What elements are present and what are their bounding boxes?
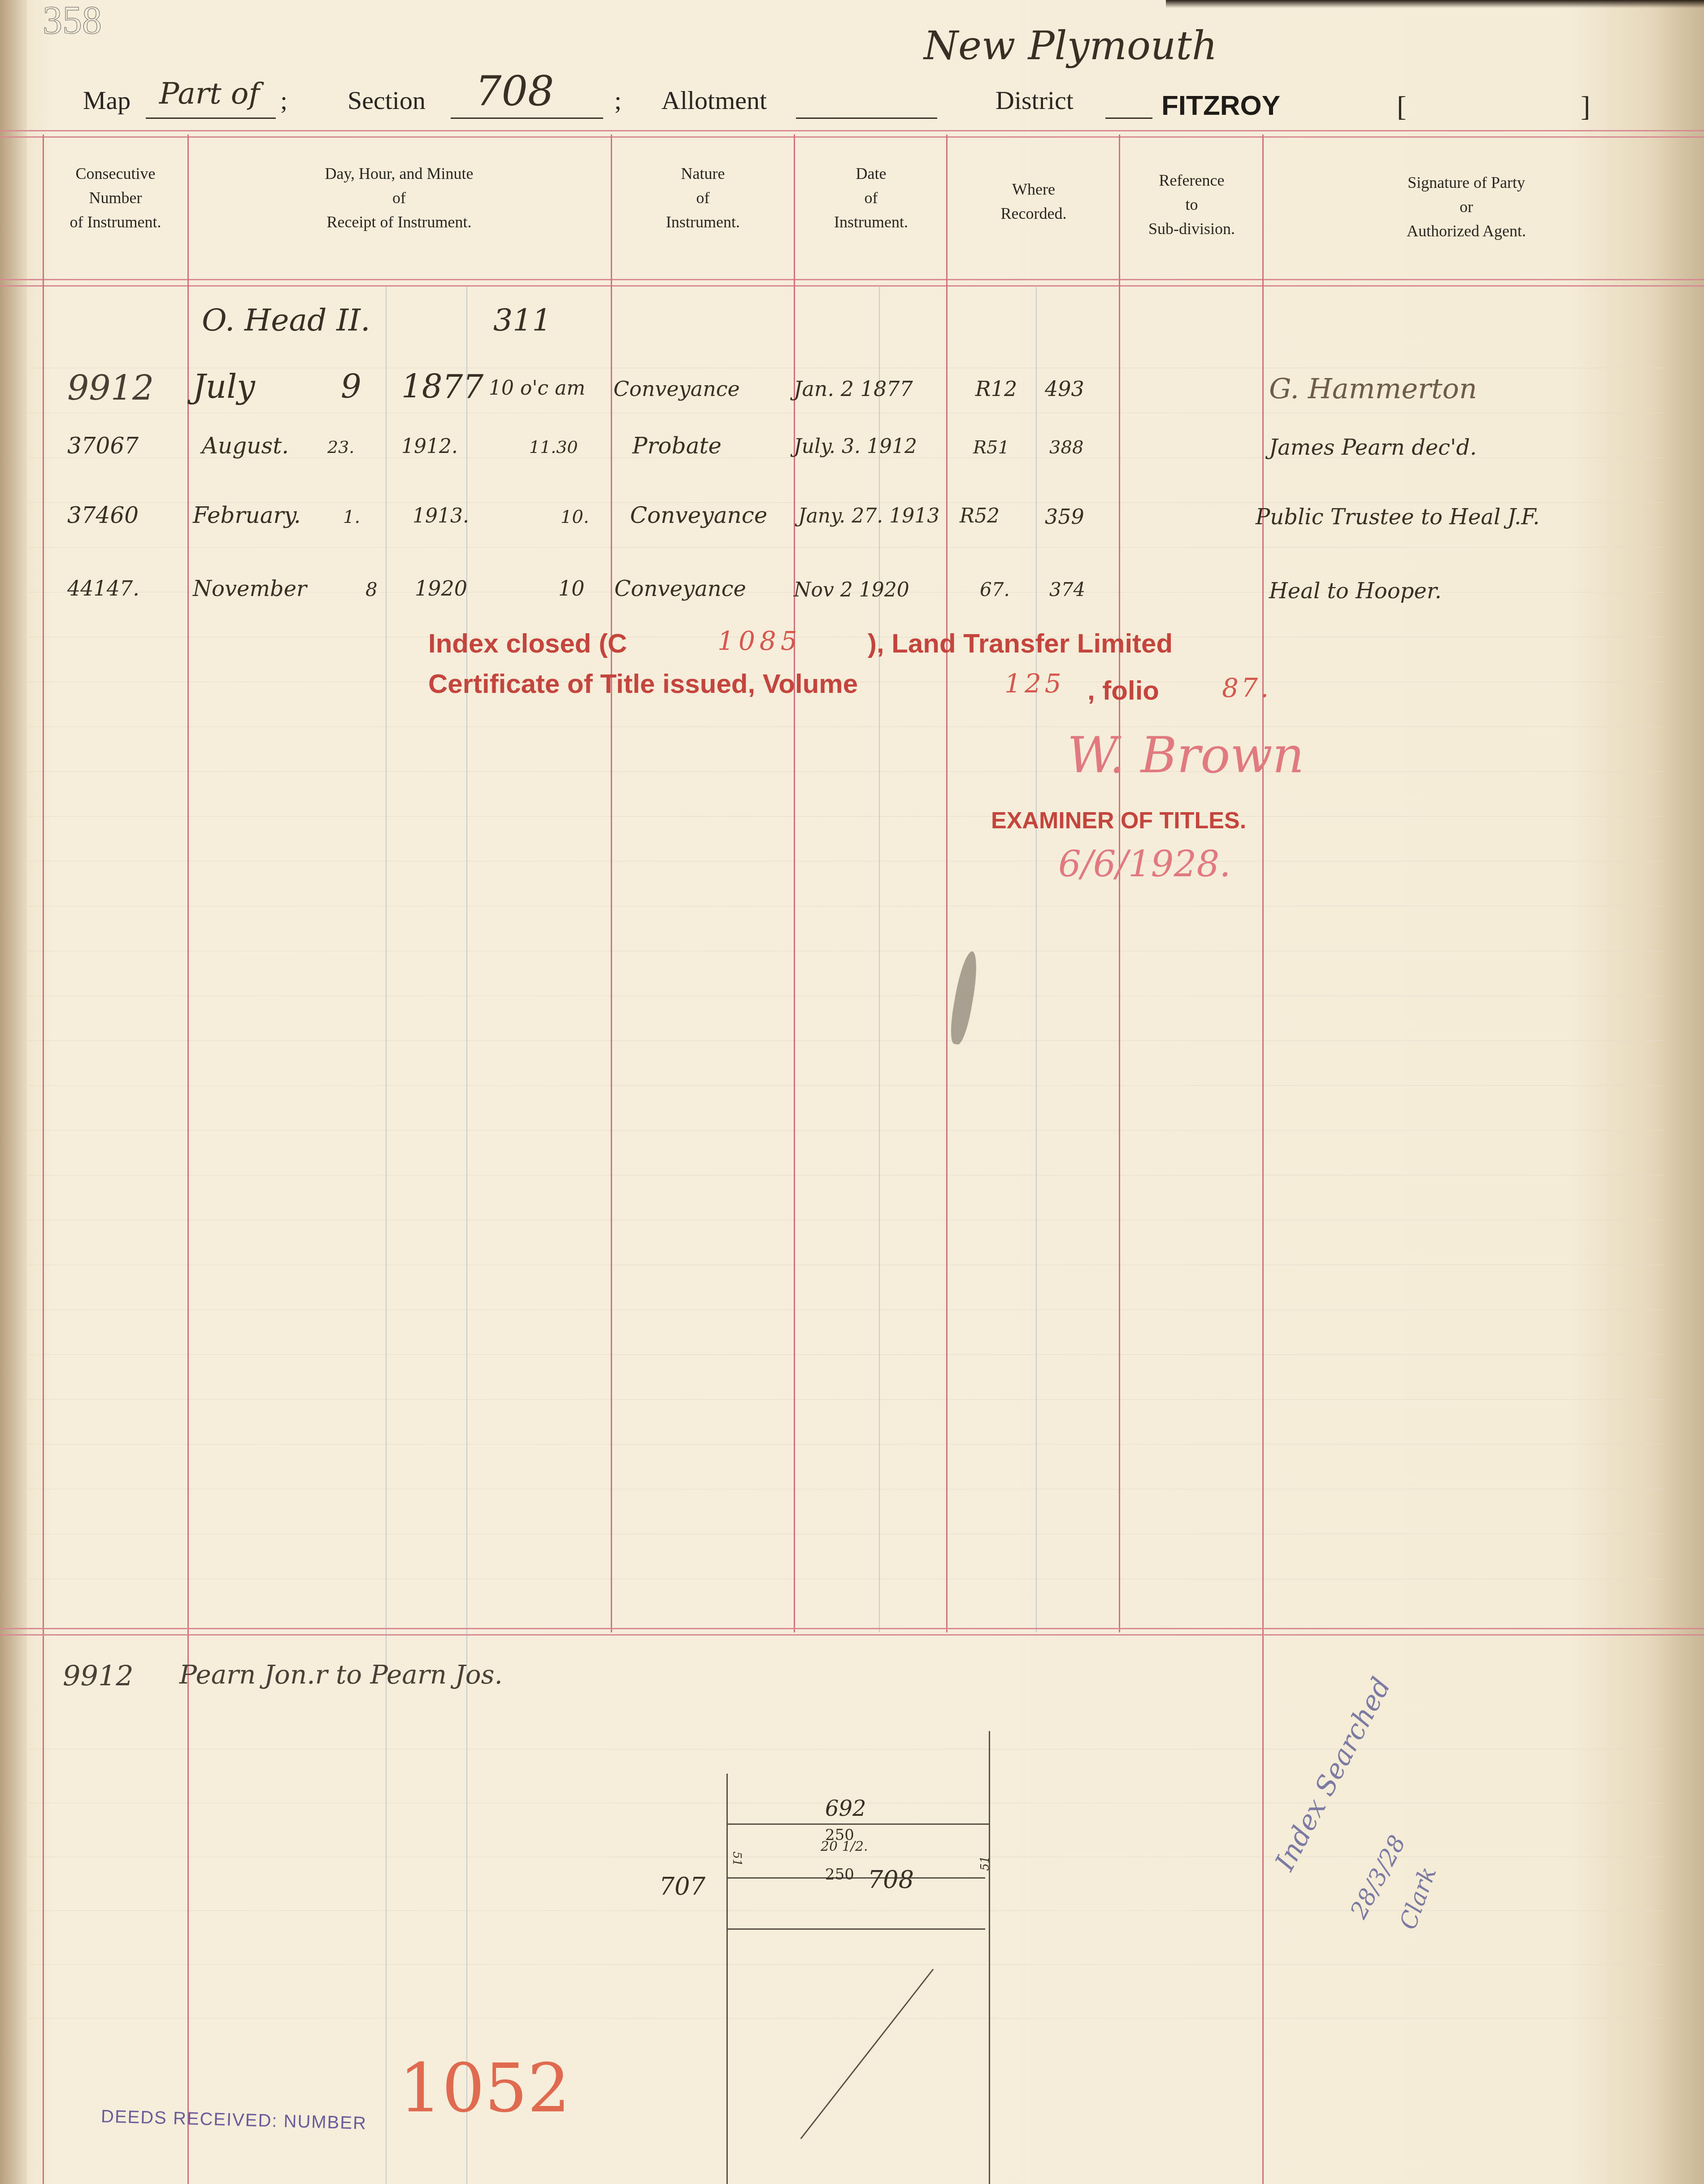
receipt-time: 10 [558,576,585,600]
instrument-number: 37067 [67,433,139,459]
page-edge-shadow [1166,0,1704,8]
map-separator: ; [280,85,287,115]
map-value: Part of [159,76,260,111]
old-reference-note: O. Head II. [202,303,370,338]
recorded-folio: 388 [1049,437,1083,458]
instrument-date: Jany. 27. 1913 [798,505,939,527]
column-header-reference: Reference to Sub-division. [1121,168,1262,241]
receipt-month: November [193,576,307,601]
receipt-month: February. [193,502,301,528]
section-label: Section [348,85,426,115]
allotment-field [796,117,937,119]
instrument-nature: Conveyance [614,576,746,601]
column-header-signature: Signature of Party or Authorized Agent. [1265,170,1668,243]
transfer-entry-text: Pearn Jon.r to Pearn Jos. [179,1659,503,1690]
party-signature: James Pearn dec'd. [1269,435,1477,460]
locality-name: New Plymouth [924,22,1217,69]
receipt-day: 8 [365,579,378,600]
receipt-month: August. [202,433,289,459]
plan-lot-label: 708 [868,1866,914,1894]
column-header-consecutive-number: Consecutive Number of Instrument. [45,161,186,234]
index-searched-initials: Clark [1395,1863,1442,1933]
plan-west-label: 707 [659,1872,705,1901]
receipt-time: 10. [561,507,589,527]
receipt-day: 1. [343,507,360,527]
map-label: Map [83,85,130,115]
plan-area: 20 1/2. [821,1839,868,1854]
section-separator: ; [614,85,622,115]
deeds-received-stamp: DEEDS RECEIVED: NUMBER [101,2106,367,2134]
district-value: FITZROY [1161,90,1280,122]
receipt-year: 1877 [401,368,483,405]
receipt-year: 1920 [415,576,467,600]
recorded-folio: 359 [1045,505,1084,529]
volume-number: 125 [1004,668,1065,699]
instrument-date: Jan. 2 1877 [794,377,913,401]
recorded-folio: 493 [1045,377,1084,401]
plan-north-label: 692 [825,1796,866,1821]
examiner-signature: W. Brown [1067,727,1304,784]
recorded-volume: 67. [980,579,1010,600]
recorded-folio: 374 [1049,579,1085,600]
party-signature: Public Trustee to Heal J.F. [1256,505,1539,530]
deeds-number: 1052 [399,2049,570,2127]
instrument-number: 44147. [67,576,139,600]
transfer-entry-number: 9912 [63,1659,134,1692]
instrument-number: 9912 [67,368,154,408]
receipt-time: 10 o'c am [489,377,585,400]
index-searched-note: Index Searched [1269,1672,1397,1876]
column-header-nature: Nature of Instrument. [612,161,794,234]
instrument-date: July. 3. 1912 [794,435,917,458]
examiner-title: EXAMINER OF TITLES. [991,807,1246,834]
receipt-day: 9 [341,368,361,405]
instrument-date: Nov 2 1920 [794,579,909,601]
folio-number: 87. [1222,673,1271,703]
instrument-nature: Conveyance [630,502,767,528]
instrument-nature: Probate [632,433,722,459]
receipt-time: 11.30 [529,437,578,457]
district-label: District [995,85,1074,115]
plan-left-side: 51 [730,1851,743,1866]
plan-right-side: 51 [978,1856,992,1871]
allotment-label: Allotment [661,85,767,115]
old-reference-number: 311 [493,303,552,338]
column-header-where-recorded: Where Recorded. [948,177,1119,226]
instrument-number: 37460 [67,502,139,528]
receipt-year: 1913. [413,505,469,527]
bracket-open: [ [1397,90,1406,123]
page-number: 358 [43,0,102,43]
column-header-date: Date of Instrument. [796,161,946,234]
receipt-day: 23. [327,437,354,457]
plan-bottom-frontage: 250 [825,1866,854,1884]
instrument-nature: Conveyance [613,377,740,401]
bracket-close: ] [1581,90,1590,123]
book-binding [0,0,27,2184]
party-signature: G. Hammerton [1269,372,1477,405]
party-signature: Heal to Hooper. [1269,579,1442,604]
column-header-receipt-time: Day, Hour, and Minute of Receipt of Inst… [188,161,610,234]
c-number: 1085 [717,626,802,656]
section-value: 708 [475,67,554,115]
register-page: 358 New Plymouth Map Part of ; Section 7… [0,0,1704,2184]
receipt-year: 1912. [401,435,458,458]
ink-blot [947,950,981,1046]
receipt-month: July [193,368,255,405]
recorded-volume: R52 [960,505,1000,527]
recorded-volume: R51 [973,437,1009,458]
closure-date: 6/6/1928. [1058,843,1231,885]
recorded-volume: R12 [975,377,1017,401]
